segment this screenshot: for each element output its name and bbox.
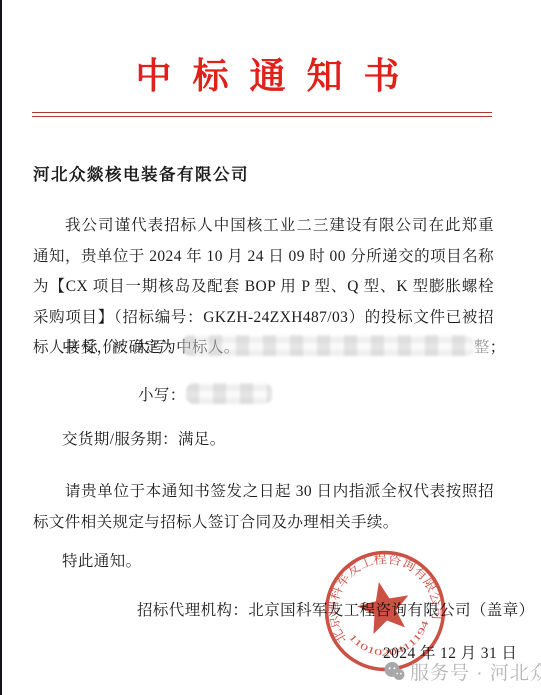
document-title: 中 标 通 知 书 — [0, 48, 541, 99]
title-divider-rule — [32, 112, 492, 117]
wechat-icon — [384, 661, 405, 682]
closing-line: 特此通知。 — [62, 549, 142, 571]
instruction-paragraph: 请贵单位于本通知书签发之日起 30 日内指派全权代表按照招标文件相关规定与招标人… — [33, 476, 494, 538]
page-edge-line — [0, 0, 2, 695]
bid-price-uppercase-label: 中 标 价：大写： — [62, 339, 182, 356]
watermark-text: 服务号 · 河北众燚 — [410, 658, 541, 685]
price-lowercase-redaction — [186, 383, 272, 404]
recipient-company-line: 河北众燚核电装备有限公司 — [33, 161, 249, 185]
bid-price-line: 中 标 价：大写：整； — [62, 335, 506, 357]
price-uppercase-redaction — [182, 335, 474, 356]
price-uppercase-end-punct: ； — [490, 339, 506, 356]
scanned-document-page: 中 标 通 知 书 河北众燚核电装备有限公司 我公司谨代表招标人中国核工业二三建… — [0, 0, 541, 695]
seal-star-icon — [353, 577, 414, 636]
wechat-watermark: 服务号 · 河北众燚 — [384, 658, 541, 685]
bid-price-lowercase-line: 小写： — [138, 383, 272, 405]
delivery-period-line: 交货期/服务期：满足。 — [62, 427, 226, 449]
price-uppercase-trailing-char: 整 — [474, 339, 490, 356]
bid-price-lowercase-label: 小写： — [138, 387, 186, 404]
